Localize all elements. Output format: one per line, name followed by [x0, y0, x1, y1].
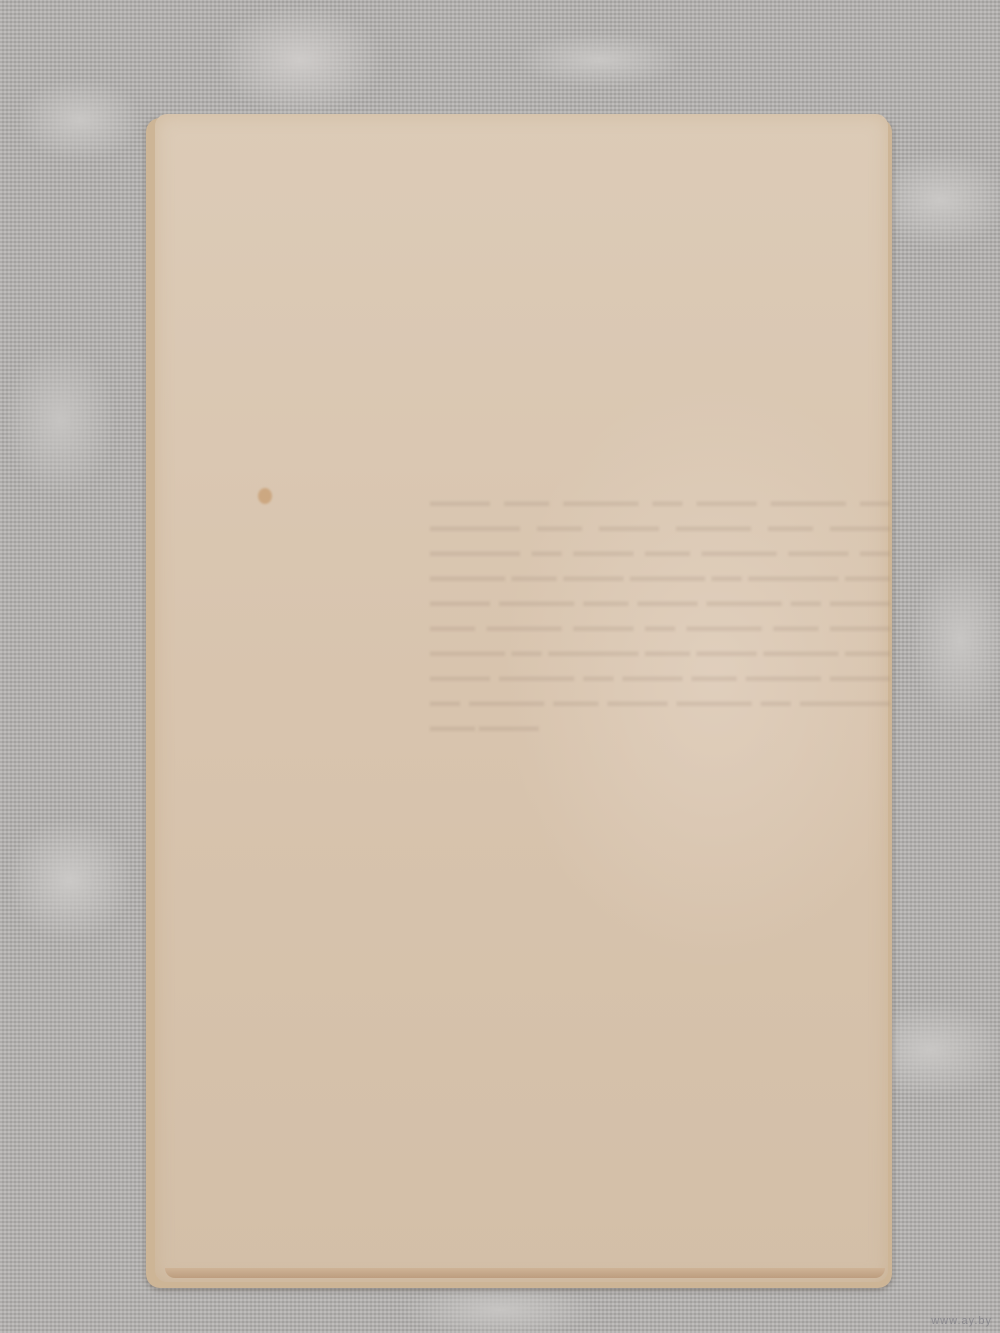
bleed-through-text: ▬▬▬▬ ▬▬▬ ▬▬▬▬▬ ▬▬ ▬▬▬▬ ▬▬▬▬▬ ▬▬ ▬▬▬▬▬▬ ▬…: [430, 490, 890, 880]
foxing-stain: [258, 488, 272, 504]
worn-bottom-edge: [165, 1268, 885, 1278]
watermark: www.ay.by: [931, 1315, 992, 1327]
